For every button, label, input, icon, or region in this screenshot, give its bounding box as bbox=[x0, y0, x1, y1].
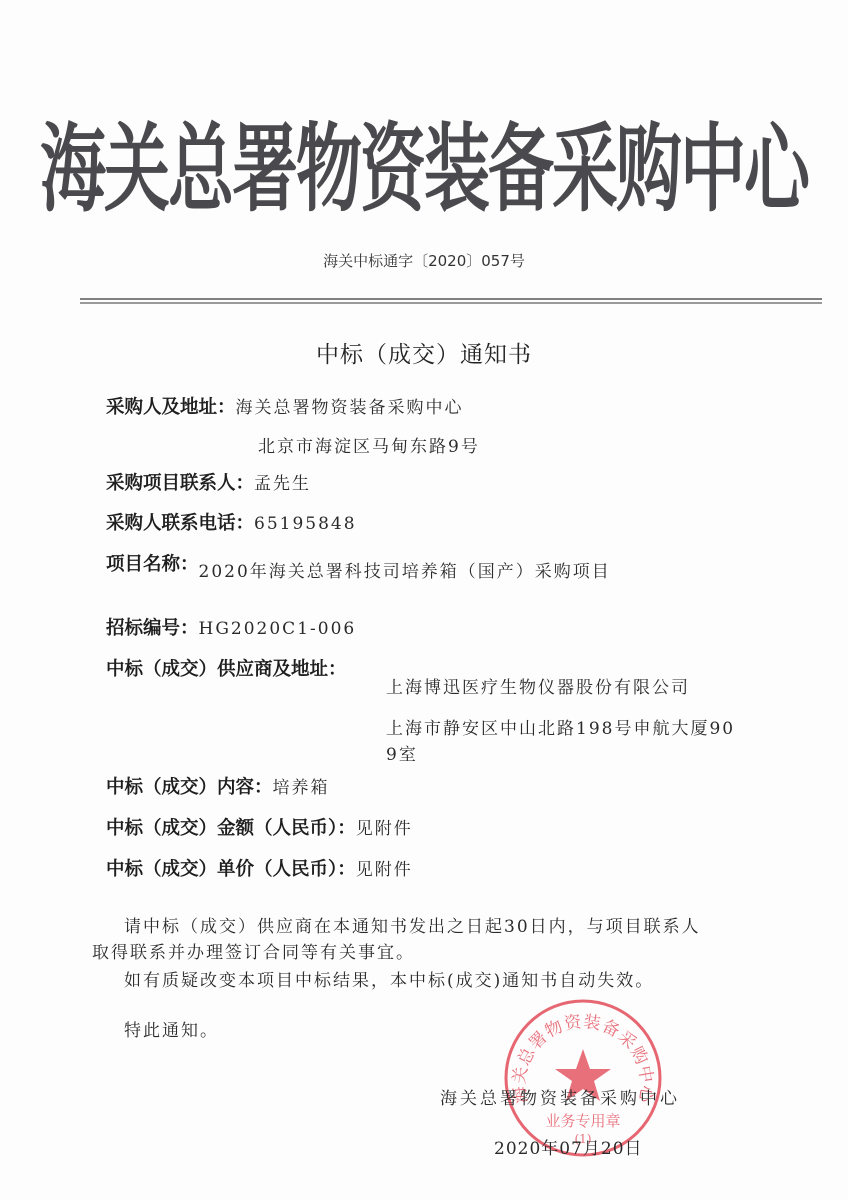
field-value: 9室 bbox=[386, 745, 418, 765]
field-project-name: 项目名称：2020年海关总署科技司培养箱（国产）采购项目 bbox=[106, 550, 611, 576]
field-label: 项目名称： bbox=[106, 554, 199, 575]
field-value: 见附件 bbox=[356, 860, 413, 880]
field-label: 中标（成交）内容： bbox=[106, 777, 273, 798]
field-supplier-name: 上海博迅医疗生物仪器股份有限公司 bbox=[386, 673, 690, 698]
field-value: 65195848 bbox=[254, 514, 357, 534]
field-supplier-address-cont: 9室 bbox=[386, 740, 418, 765]
field-label: 中标（成交）单价（人民币）： bbox=[106, 859, 356, 880]
header-divider-bottom bbox=[80, 302, 822, 304]
field-unit-price: 中标（成交）单价（人民币）：见附件 bbox=[106, 855, 413, 881]
document-number: 海关中标通字〔2020〕057号 bbox=[0, 250, 848, 271]
field-phone: 采购人联系电话：65195848 bbox=[106, 509, 357, 535]
closing-remark: 特此通知。 bbox=[124, 1016, 219, 1041]
header-divider-top bbox=[80, 298, 822, 300]
field-label: 中标（成交）金额（人民币）： bbox=[106, 818, 356, 839]
field-purchaser-address: 北京市海淀区马甸东路9号 bbox=[258, 432, 480, 457]
signature-date: 2020年07月20日 bbox=[494, 1134, 643, 1159]
field-value: 上海市静安区中山北路198号申航大厦90 bbox=[386, 719, 735, 739]
field-value: 2020年海关总署科技司培养箱（国产）采购项目 bbox=[199, 562, 611, 582]
document-page: 海关总署物资装备采购中心 海关中标通字〔2020〕057号 中标（成交）通知书 … bbox=[0, 0, 848, 1200]
field-label: 采购人及地址： bbox=[106, 397, 236, 418]
field-value: 上海博迅医疗生物仪器股份有限公司 bbox=[386, 678, 690, 698]
field-value: HG2020C1-006 bbox=[199, 619, 357, 639]
svg-text:业务专用章: 业务专用章 bbox=[545, 1112, 620, 1130]
field-tender-number: 招标编号：HG2020C1-006 bbox=[106, 614, 356, 640]
body-paragraph-2: 如有质疑改变本项目中标结果，本中标(成交)通知书自动失效。 bbox=[124, 966, 654, 991]
field-amount: 中标（成交）金额（人民币）：见附件 bbox=[106, 814, 413, 840]
field-value: 北京市海淀区马甸东路9号 bbox=[258, 437, 480, 457]
body-paragraph-1-cont: 取得联系并办理签订合同等有关事宜。 bbox=[92, 938, 415, 963]
field-value: 培养箱 bbox=[273, 778, 330, 798]
field-value: 孟先生 bbox=[254, 474, 311, 494]
field-value: 海关总署物资装备采购中心 bbox=[236, 398, 464, 418]
field-supplier-address: 上海市静安区中山北路198号申航大厦90 bbox=[386, 714, 735, 739]
signature-organization: 海关总署物资装备采购中心 bbox=[440, 1084, 680, 1109]
field-label: 采购项目联系人： bbox=[106, 473, 254, 494]
field-value: 见附件 bbox=[356, 819, 413, 839]
field-content: 中标（成交）内容：培养箱 bbox=[106, 773, 330, 799]
masthead-organization: 海关总署物资装备采购中心 bbox=[0, 92, 848, 230]
field-label: 中标（成交）供应商及地址： bbox=[106, 659, 347, 680]
body-paragraph-1: 请中标（成交）供应商在本通知书发出之日起30日内，与项目联系人 bbox=[124, 912, 701, 937]
field-supplier: 中标（成交）供应商及地址： bbox=[106, 655, 347, 681]
field-purchaser: 采购人及地址：海关总署物资装备采购中心 bbox=[106, 393, 464, 419]
field-label: 招标编号： bbox=[106, 618, 199, 639]
field-contact: 采购项目联系人：孟先生 bbox=[106, 469, 311, 495]
field-label: 采购人联系电话： bbox=[106, 513, 254, 534]
notice-title: 中标（成交）通知书 bbox=[0, 336, 848, 369]
